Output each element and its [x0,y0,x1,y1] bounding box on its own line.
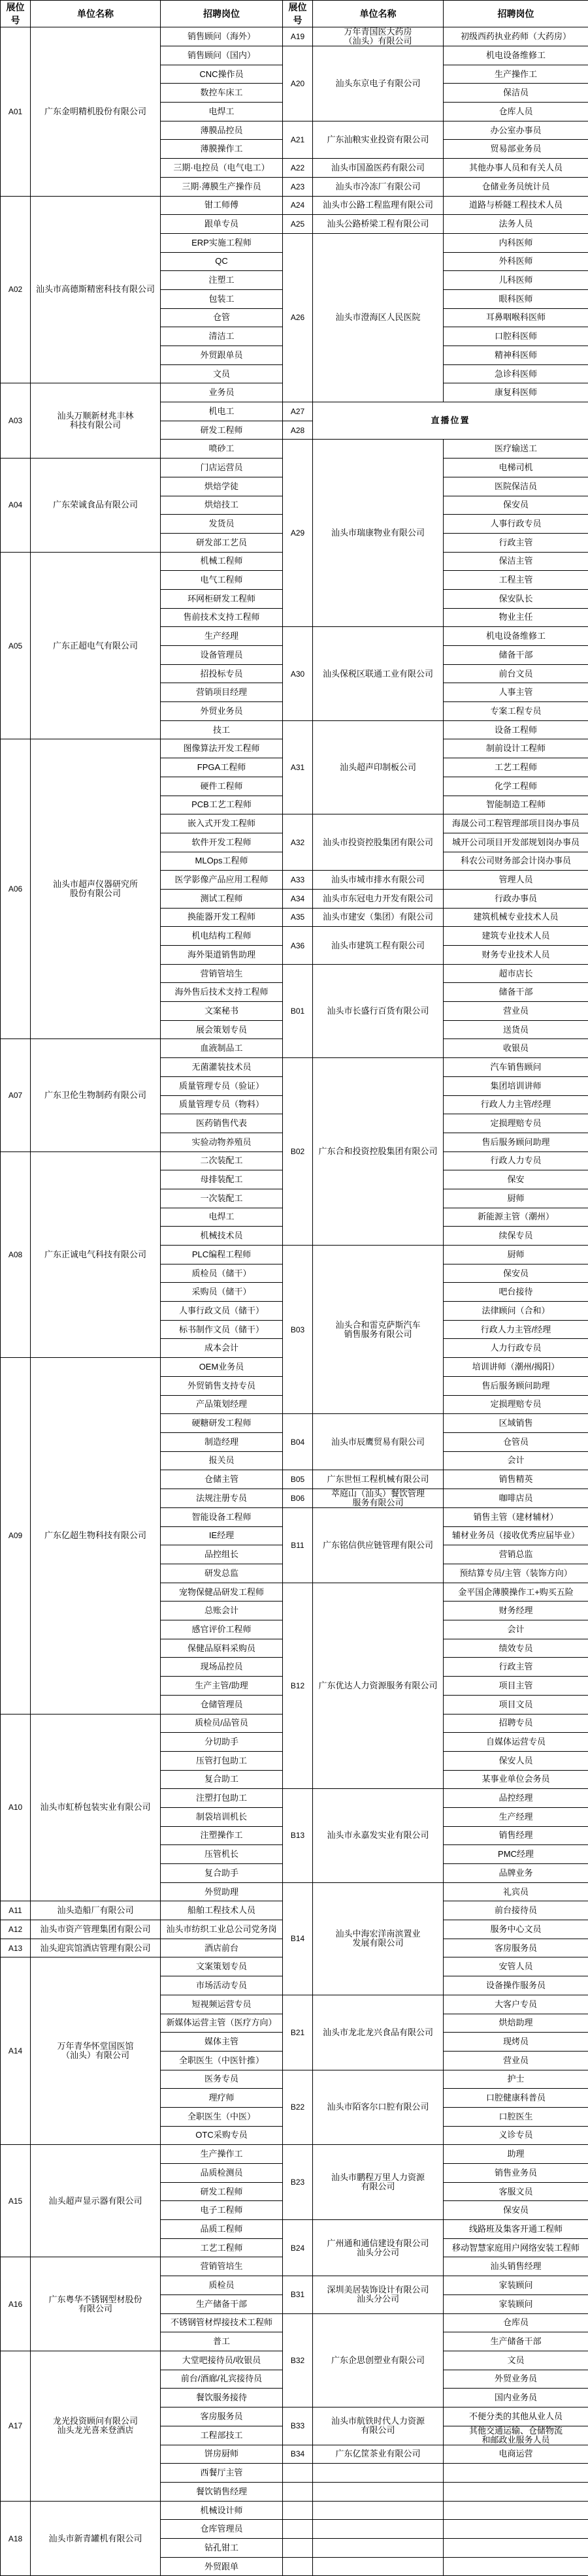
position-cell: 招聘专员 [444,1714,588,1733]
position-cell: 机电结构工程师 [161,927,283,946]
position-cell: 文员 [444,2351,588,2370]
company-name-cell: 广东正诚电气科技有限公司 [31,1151,161,1358]
company-name-cell: 汕头中海宏洋南滨置业 发展有限公司 [313,1882,444,1995]
position-cell: 保安人员 [444,1751,588,1770]
position-cell: 保洁员 [444,84,588,103]
position-cell: 财务专业技术人员 [444,946,588,965]
position-cell: 品质检测员 [161,2164,283,2183]
empty-position-cell [444,2501,588,2520]
position-cell: 超市店长 [444,964,588,983]
position-cell: CNC操作员 [161,65,283,84]
position-cell: 储备干部 [444,646,588,665]
position-cell: 营销项目经理 [161,683,283,702]
position-cell: 收银员 [444,1039,588,1058]
position-cell: 保安员 [444,496,588,515]
position-cell: 生产经理 [444,1807,588,1826]
position-cell: 仓储主管 [161,1470,283,1489]
company-name-cell: 广东亿筐茶业有限公司 [313,2445,444,2464]
position-cell: 管理人员 [444,871,588,890]
company-name-cell: 汕头市航铁时代人力资源 有限公司 [313,2407,444,2445]
position-cell: 设备操作服务员 [444,1976,588,1995]
position-cell: 钻孔钳工 [161,2539,283,2558]
position-cell: 不锈钢管材焊接技术工程师 [161,2313,283,2332]
position-cell: 物业主任 [444,608,588,627]
company-name-cell: 广东汕粮实业投资有限公司 [313,121,444,158]
empty-booth-cell [283,2520,313,2539]
company-name-cell: 汕头市建安（集团）有限公司 [313,908,444,927]
position-cell: 法务人员 [444,215,588,234]
company-name-cell: 汕头市澄海区人民医院 [313,233,444,402]
position-cell: 薄膜品控员 [161,121,283,140]
position-cell: 报关员 [161,1451,283,1470]
company-name-cell: 广州通和通信建设有限公司 汕头分公司 [313,2220,444,2276]
position-cell: 销售精英 [444,1470,588,1489]
position-cell: 技工 [161,720,283,739]
position-cell: 道路与桥隧工程技术人员 [444,196,588,215]
position-cell: 家装顾问 [444,2276,588,2295]
booth-cell: A30 [283,627,313,720]
position-cell: 生产经理 [161,627,283,646]
position-cell: 前台/酒廊/礼宾接待员 [161,2370,283,2389]
position-cell: 医院保洁员 [444,477,588,496]
position-cell: 文员 [161,364,283,383]
position-cell: 换能器开发工程师 [161,908,283,927]
position-cell: 销售主管（建材辅材） [444,1507,588,1526]
position-cell: 汽车销售顾问 [444,1058,588,1077]
position-cell: 仓库人员 [444,103,588,121]
position-cell: 工艺工程师 [161,2238,283,2257]
empty-company-cell [313,2501,444,2520]
position-cell: 保安员 [444,2201,588,2220]
table-row: A15汕头超声显示器有限公司生产操作工B23汕头市鹏程万里人力资源 有限公司助理 [1,2145,588,2164]
position-cell: 金平国企薄膜操作工+购买五险 [444,1583,588,1602]
booth-cell: A35 [283,908,313,927]
booth-cell: A03 [1,383,31,459]
company-name-cell: 汕头市建筑工程有限公司 [313,927,444,964]
position-cell: 儿科医师 [444,271,588,290]
company-name-cell: 汕头市永嘉发实业有限公司 [313,1789,444,1882]
position-cell: 质量管理专员（验证） [161,1076,283,1095]
position-cell: 新媒体运营主管（医疗方向） [161,2014,283,2033]
booth-cell: B14 [283,1882,313,1995]
position-cell: 餐饮销售经理 [161,2483,283,2502]
position-cell: 饼房厨师 [161,2445,283,2464]
table-row: A01广东金明精机股份有限公司销售顾问（海外）A19万年青国医大药房 （汕头）有… [1,27,588,46]
booth-cell: A11 [1,1901,31,1920]
position-cell: 法规注册专员 [161,1489,283,1507]
company-name-cell: 汕头市虹桥包装实业有限公司 [31,1714,161,1901]
booth-cell: B24 [283,2220,313,2276]
booth-cell: A12 [1,1920,31,1939]
company-name-cell: 汕头市国盈医药有限公司 [313,159,444,178]
position-cell: 制造经理 [161,1432,283,1451]
position-cell: 专案工程专员 [444,702,588,721]
position-cell: 研发工程师 [161,421,283,440]
position-cell: 区域销售 [444,1414,588,1433]
position-cell: 发货员 [161,515,283,534]
position-cell: 预结算专员/主管（装饰方向） [444,1564,588,1583]
position-cell: 烘焙学徒 [161,477,283,496]
company-name-cell: 汕头市龙北龙兴食品有限公司 [313,1995,444,2070]
position-cell: 薄膜操作工 [161,140,283,159]
empty-booth-cell [283,2557,313,2576]
position-cell: 储备干部 [444,983,588,1002]
position-cell: 质量管理专员（物料） [161,1095,283,1114]
position-cell: 招投标专员 [161,664,283,683]
position-cell: 行政人力主管/经理 [444,1320,588,1339]
position-cell: 口腔医生 [444,2107,588,2126]
company-name-cell: 龙光投资顾问有限公司 汕头龙光喜来登酒店 [31,2351,161,2501]
position-cell: 培训讲师（潮州/揭阳） [444,1358,588,1377]
position-cell: 建筑机械专业技术人员 [444,908,588,927]
position-cell: 自媒体运营专员 [444,1733,588,1752]
position-cell: PCB工艺工程师 [161,796,283,814]
booth-cell: B22 [283,2070,313,2145]
position-cell: 采购员（储干） [161,1283,283,1302]
empty-company-cell [313,2464,444,2483]
booth-cell: A32 [283,814,313,871]
position-cell: 海外渠道销售助理 [161,946,283,965]
position-cell: 全职医生（中医） [161,2107,283,2126]
header-booth-right: 展位号 [283,1,313,27]
position-cell: 办公室办事员 [444,121,588,140]
position-cell: 硬糖研发工程师 [161,1414,283,1433]
position-cell: 海外售后技术支持工程师 [161,983,283,1002]
booth-cell: A24 [283,196,313,215]
position-cell: 三期·薄膜生产操作员 [161,177,283,196]
company-name-cell: 汕头市长盛行百货有限公司 [313,964,444,1057]
company-name-cell: 汕头市鹏程万里人力资源 有限公司 [313,2145,444,2220]
booth-cell: B12 [283,1583,313,1789]
position-cell: 产品策划经理 [161,1395,283,1414]
position-cell: 口腔健康科普员 [444,2089,588,2108]
position-cell: 建筑专业技术人员 [444,927,588,946]
company-name-cell: 汕头市新青罐机有限公司 [31,2501,161,2576]
position-cell: 礼宾员 [444,1882,588,1901]
position-cell: 二次装配工 [161,1151,283,1170]
position-cell: 精神科医师 [444,346,588,365]
booth-cell: A13 [1,1939,31,1957]
empty-position-cell [444,2557,588,2576]
position-cell: 智能制造工程师 [444,796,588,814]
position-cell: 注塑操作工 [161,1826,283,1845]
position-cell: 压管机长 [161,1845,283,1864]
position-cell: 线路班及集客开通工程师 [444,2220,588,2239]
position-cell: 生产储备干部 [444,2332,588,2351]
position-cell: 研发工程师 [161,2182,283,2201]
position-cell: 工程主管 [444,571,588,590]
position-cell: 仓储业务员统计员 [444,177,588,196]
position-cell: 仓储管理员 [161,1695,283,1714]
booth-cell: A10 [1,1714,31,1901]
position-cell: 医疗输送工 [444,440,588,459]
position-cell: 助理 [444,2145,588,2164]
position-cell: 客房服务员 [444,1939,588,1957]
booth-cell: A06 [1,739,31,1039]
company-name-cell: 汕头市东冠电力开发有限公司 [313,889,444,908]
company-name-cell: 广东粤华不锈钢型材股份 有限公司 [31,2257,161,2351]
booth-cell: A07 [1,1039,31,1151]
position-cell: 机械工程师 [161,552,283,571]
position-cell: 成本会计 [161,1339,283,1358]
position-cell: 智能设备工程师 [161,1507,283,1526]
position-cell: 续保专员 [444,1227,588,1246]
position-cell: 实验动物养殖员 [161,1133,283,1151]
header-row: 展位号 单位名称 招聘岗位 展位号 单位名称 招聘岗位 [1,1,588,27]
booth-cell: B06 [283,1489,313,1507]
position-cell: 嵌入式开发工程师 [161,814,283,833]
position-cell: 耳鼻咽喉科医师 [444,308,588,327]
position-cell: 保安员 [444,1264,588,1283]
company-name-cell: 汕头公路桥梁工程有限公司 [313,215,444,234]
position-cell: 会计 [444,1451,588,1470]
position-cell: 财务经理 [444,1602,588,1620]
position-cell: 机械技术员 [161,1227,283,1246]
position-cell: 咖啡店员 [444,1489,588,1507]
position-cell: 船舶工程技术人员 [161,1901,283,1920]
position-cell: 文案策划专员 [161,1957,283,1976]
position-cell: 生产主管/助理 [161,1677,283,1696]
position-cell: 注塑工 [161,271,283,290]
position-cell: 初级西药执业药师（大药房） [444,27,588,46]
booth-cell: B13 [283,1789,313,1882]
position-cell: 行政人力主管/经理 [444,1095,588,1114]
company-name-cell: 广东合和投资控股集团有限公司 [313,1058,444,1246]
position-cell: 钳工师傅 [161,196,283,215]
position-cell: 生产储备干部 [161,2294,283,2313]
header-company-left: 单位名称 [31,1,161,27]
company-name-cell: 汕头市城市排水有限公司 [313,871,444,890]
empty-company-cell [313,2557,444,2576]
position-cell: 展会策划专员 [161,1020,283,1039]
position-cell: 销售业务员 [444,2164,588,2183]
position-cell: 复合助手 [161,1864,283,1883]
position-cell: 研发总监 [161,1564,283,1583]
empty-position-cell [444,2483,588,2502]
position-cell: 行政主管 [444,533,588,552]
position-cell: 设备工程师 [444,720,588,739]
booth-cell: A14 [1,1957,31,2145]
position-cell: 标书制作文员（储干） [161,1320,283,1339]
position-cell: 门店运营员 [161,459,283,477]
position-cell: 硬件工程师 [161,777,283,796]
position-cell: 机电工 [161,402,283,421]
booth-cell: A22 [283,159,313,178]
table-row: A02汕头市高德斯精密科技有限公司钳工师傅A24汕头市公路工程监理有限公司道路与… [1,196,588,215]
booth-cell: B21 [283,1995,313,2070]
position-cell: 电商运营 [444,2445,588,2464]
empty-position-cell [444,2520,588,2539]
position-cell: 营销管培生 [161,2257,283,2276]
booth-cell: B33 [283,2407,313,2445]
position-cell: 绩效专员 [444,1639,588,1658]
position-cell: 酒店前台 [161,1939,283,1957]
position-cell: 母排装配工 [161,1170,283,1189]
position-cell: 保安队长 [444,589,588,608]
company-name-cell: 汕头东京电子有限公司 [313,46,444,121]
booth-cell: A18 [1,2501,31,2576]
position-cell: 人力行政专员 [444,1339,588,1358]
company-name-cell: 汕头万顺新材兆丰林 科技有限公司 [31,383,161,459]
position-cell: 城开公司项目开发部规划岗办事员 [444,833,588,852]
position-cell: 保安 [444,1170,588,1189]
empty-position-cell [444,2464,588,2483]
company-name-cell: 广东荣诚食品有限公司 [31,459,161,552]
position-cell: 义诊专员 [444,2126,588,2145]
booth-cell: A21 [283,121,313,158]
position-cell: 外贸助理 [161,1882,283,1901]
position-cell: 送货员 [444,1020,588,1039]
position-cell: 烘焙助理 [444,2014,588,2033]
position-cell: 护士 [444,2070,588,2089]
position-cell: 人事行政专员 [444,515,588,534]
booth-cell: B31 [283,2276,313,2313]
position-cell: 家装顾问 [444,2294,588,2313]
company-name-cell: 广东卫伦生物制药有限公司 [31,1039,161,1151]
position-cell: 售前技术支持工程师 [161,608,283,627]
position-cell: 感官评价工程师 [161,1620,283,1639]
position-cell: 外科医师 [444,252,588,271]
position-cell: OTC采购专员 [161,2126,283,2145]
position-cell: 安管人员 [444,1957,588,1976]
position-cell: 外贸业务员 [444,2370,588,2389]
position-cell: 图像算法开发工程师 [161,739,283,758]
position-cell: 清洁工 [161,327,283,346]
position-cell: 内科医师 [444,233,588,252]
booth-cell: B32 [283,2313,313,2407]
position-cell: 普工 [161,2332,283,2351]
position-cell: 外贸跟单 [161,2557,283,2576]
position-cell: 仓管 [161,308,283,327]
position-cell: ERP实施工程师 [161,233,283,252]
position-cell: 急诊科医师 [444,364,588,383]
table-body: A01广东金明精机股份有限公司销售顾问（海外）A19万年青国医大药房 （汕头）有… [1,27,588,2576]
booth-cell: A29 [283,440,313,627]
booth-cell: A27 [283,402,313,421]
position-cell: 机电设备维修工 [444,46,588,65]
company-name-cell: 广东优达人力资源服务有限公司 [313,1583,444,1789]
company-name-cell: 萃庭山（汕头）餐饮管理 服务有限公司 [313,1489,444,1507]
position-cell: 制前设计工程师 [444,739,588,758]
position-cell: 血液制品工 [161,1039,283,1058]
position-cell: 营业员 [444,1002,588,1021]
position-cell: 质检员/品管员 [161,1714,283,1733]
empty-company-cell [313,2539,444,2558]
booth-cell: A16 [1,2257,31,2351]
position-cell: 质检员 [161,2276,283,2295]
position-cell: 大客户专员 [444,1995,588,2014]
position-cell: 厨师 [444,1189,588,1208]
empty-position-cell [444,2539,588,2558]
position-cell: 不便分类的其他从业人员 [444,2407,588,2426]
position-cell: IE经理 [161,1526,283,1545]
empty-booth-cell [283,2539,313,2558]
position-cell: 国内业务员 [444,2389,588,2407]
position-cell: 现烤员 [444,2033,588,2052]
position-cell: 媒体主管 [161,2033,283,2052]
booth-cell: A26 [283,233,313,402]
company-name-cell: 广东亿超生物科技有限公司 [31,1358,161,1714]
live-stream-cell: 直播位置 [313,402,588,440]
position-cell: 汕头销售经理 [444,2257,588,2276]
position-cell: 喷砂工 [161,440,283,459]
empty-booth-cell [283,2464,313,2483]
booth-cell: A36 [283,927,313,964]
company-name-cell: 汕头迎宾馆酒店管理有限公司 [31,1939,161,1957]
position-cell: 营销总监 [444,1545,588,1564]
company-name-cell: 广东正超电气有限公司 [31,552,161,739]
company-name-cell: 汕头市辰鹰贸易有限公司 [313,1414,444,1470]
position-cell: 工程部技工 [161,2426,283,2445]
position-cell: 数控车床工 [161,84,283,103]
header-booth-left: 展位号 [1,1,31,27]
position-cell: OEM业务员 [161,1358,283,1377]
position-cell: 售后服务顾问助理 [444,1133,588,1151]
company-name-cell: 汕头市公路工程监理有限公司 [313,196,444,215]
position-cell: 其他办事人员和有关人员 [444,159,588,178]
position-cell: 无菌灌装技术员 [161,1058,283,1077]
position-cell: 营销管培生 [161,964,283,983]
position-cell: 机械设计师 [161,2501,283,2520]
position-cell: 质检员（储干） [161,1264,283,1283]
position-cell: 保健品原料采购员 [161,1639,283,1658]
booth-cell: A04 [1,459,31,552]
position-cell: 行政人力专员 [444,1151,588,1170]
company-name-cell: 汕头市投资控股集团有限公司 [313,814,444,871]
position-cell: 外贸跟单员 [161,346,283,365]
booth-cell: A01 [1,27,31,197]
booth-cell: B05 [283,1470,313,1489]
position-cell: 短视频运营专员 [161,1995,283,2014]
position-cell: 宠物保健品研发工程师 [161,1583,283,1602]
position-cell: 品牌业务 [444,1864,588,1883]
position-cell: 文案秘书 [161,1002,283,1021]
company-name-cell: 汕头市资产管理集团有限公司 [31,1920,161,1939]
position-cell: 生产操作工 [161,2145,283,2164]
company-name-cell: 广东企思创塑业有限公司 [313,2313,444,2407]
position-cell: 电子工程师 [161,2201,283,2220]
booth-cell: A08 [1,1151,31,1358]
booth-cell: B23 [283,2145,313,2220]
company-name-cell: 汕头市陌客尔口腔有限公司 [313,2070,444,2145]
position-cell: 移动智慧家庭用户网络安装工程师 [444,2238,588,2257]
position-cell: 行政办事员 [444,889,588,908]
position-cell: 品质工程师 [161,2220,283,2239]
position-cell: 项目主管 [444,1677,588,1696]
company-name-cell: 汕头超声显示器有限公司 [31,2145,161,2257]
position-cell: 会计 [444,1620,588,1639]
position-cell: 电焊工 [161,1208,283,1227]
booth-cell: A23 [283,177,313,196]
position-cell: 品控经理 [444,1789,588,1808]
booth-cell: B04 [283,1414,313,1470]
position-cell: 业务员 [161,383,283,402]
position-cell: 仓库管理员 [161,2520,283,2539]
position-cell: 电梯司机 [444,459,588,477]
company-name-cell: 汕头保税区联通工业有限公司 [313,627,444,720]
position-cell: 医学影像产品应用工程师 [161,871,283,890]
booth-cell: B01 [283,964,313,1057]
position-cell: 行政主管 [444,1658,588,1677]
position-cell: 复合助工 [161,1770,283,1789]
booth-cell: A20 [283,46,313,121]
position-cell: 汕头市纺织工业总公司党务岗 [161,1920,283,1939]
position-cell: 餐饮服务接待 [161,2389,283,2407]
empty-booth-cell [283,2483,313,2502]
position-cell: 总账会计 [161,1602,283,1620]
position-cell: 研发部工艺员 [161,533,283,552]
position-cell: 机电设备维修工 [444,627,588,646]
